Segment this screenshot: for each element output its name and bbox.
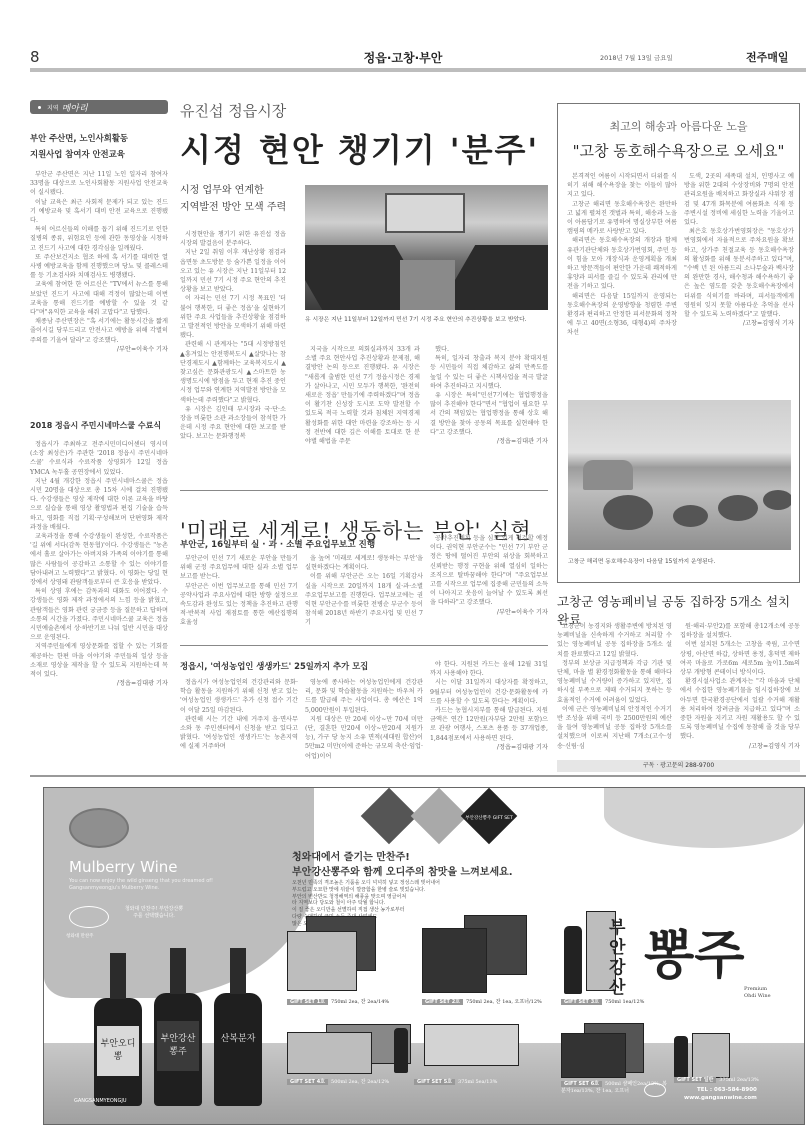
paragraph: 고창군 해리면 동호해수욕장은 완만하고 넓게 펼쳐진 갯벌과 특히, 해송과 … [567,200,677,237]
article-body: 원·해리·부안2)를 포함해 총12개소에 공동 집하장을 설치했다. 이번 설… [680,622,800,751]
premium-line: Premium [744,986,771,993]
paragraph: 야 한다. 지원된 카드는 올해 12월 31일까지 사용해야 한다. [430,660,548,678]
bottle-neck [230,948,246,994]
brand-side-text: 부안강산 [609,918,633,998]
premium-label: Premium Ohdi Wine [744,986,771,1000]
article-headline: 정읍시, '여성농업인 생생카드' 25일까지 추가 모집 [180,660,368,672]
article-body: 했다. 특히, 일자리 창출과 복지 분야 확대지원 등 시민들이 직접 체감하… [430,345,548,446]
paragraph: 이 자리는 민선 7기 시정 목표인 '더불어 행복한, 더 좋은 정읍'을 실… [180,294,286,340]
ad-leaf-decoration [604,788,804,848]
paragraph: 부안군은 이번 업무보고를 통해 민선 7기 공약사업과 주요사업에 대한 방향… [180,582,298,628]
bottle-label-text: 부안강산뽕주 [158,1031,198,1057]
tag-name: 메아리 [62,101,88,114]
paragraph: 해리면은 다음달 15일까지 운영되는 동호해수욕장의 운영방향을 청렴한 주변… [567,292,677,338]
paragraph: 관련해 시는 기간 내에 거주지 읍·면사무소와 동 주민센터에서 신청을 받고… [180,715,298,752]
bullet-icon [38,106,41,109]
divider [180,490,548,491]
meeting-photo [305,185,548,310]
paragraph: 이에 군은 영농폐비닐의 안정적인 수거기반 조성을 위해 국비 등 2500만… [557,705,672,751]
paragraph: 지역주민들에게 영상문화를 접할 수 있는 기회를 제공하는 한편 마을 이야기… [30,642,168,679]
subhead-line: 시정 업무와 연계한 [180,182,290,199]
premium-line: Ohdi Wine [744,993,771,1000]
article-body: 지국을 시작으로 의회실과까지 33개 과소별 주요 현안사업 추진상황과 문제… [305,345,420,446]
gift-set-box [561,1033,626,1078]
byline: /고창=김영식 기자 [680,742,800,751]
paragraph: 지난 4월 개강한 정읍시 주민시네마스쿨은 정읍시민 20명을 대상으로 총 … [30,477,168,532]
bottle-label-text: 산복분자 [218,1031,258,1044]
paragraph: 영농에 종사하는 여성농업인에게 건강관리, 문화 및 학습활동을 지원하는 바… [305,678,423,715]
header-rule [30,68,806,72]
gift-tag: GIFT SET 일반 [674,1077,716,1083]
ad-title: Mulberry Wine [69,858,178,876]
article-headline: 부안 주산면, 노인사회활동 지원사업 참여자 안전교육 [30,130,170,162]
gift-spec: 750ml 2ea, 잔 1ea, 오프너/12% [466,999,542,1005]
article-headline: "고창 동호해수욕장으로 오세요" [557,140,800,161]
article-body: 영농에 종사하는 여성농업인에게 건강관리, 문화 및 학습활동을 지원하는 바… [305,678,423,761]
byline: /정읍=김대광 기자 [430,743,548,752]
paragraph: 지국을 시작으로 의회실과까지 33개 과소별 주요 현안사업 추진상황과 문제… [305,345,420,446]
gift-set-label: GIFT SET 3호750ml 1ea/12% [561,998,644,1005]
paragraph: 지난 2일 취임 이후 재난상황 점검과 읍면동 초도방문 등 숨가쁜 일정을 … [180,248,286,294]
mulberry-diamond-image [361,788,418,845]
paragraph: 도색, 2곳의 세족대 설치, 인명사고 예방을 위한 2대의 수상장비와 7명… [684,172,794,227]
paragraph: 교육에 참여한 한 어르신은 "TV에서 뉴스를 통해 보았던 진드기 사고에 … [30,280,168,317]
byline: /부안=이육수 기자 [430,608,548,617]
paragraph: 부안군 주산면은 지난 11일 노인 일자리 참여자 33명을 대상으로 노인사… [30,170,168,198]
subhead-line: 지역발전 방안 모색 주력 [180,199,290,216]
paragraph: 특히 어르신들의 이해를 돕기 위해 진드기로 인한 질병의 종류, 위험요인 … [30,225,168,253]
gift-set-label: GIFT SET 5호375ml 5ea/13% [414,1078,497,1085]
beach-photo [568,400,791,550]
wine-bottle: 산복분자 [214,993,262,1106]
page-number: 8 [30,48,40,66]
paragraph: 해리면은 동호해수욕장의 개장과 함께 유관기관단체와 동호상가번영회, 주민 … [567,236,677,291]
gift-set-box [287,1032,372,1074]
website-link[interactable]: www.gangsanwine.com [684,1094,757,1102]
paragraph: 관련해 시 관계자는 "5대 시정방침인 ▲흥겨있는 안전행복도시 ▲살맛나는 … [180,340,286,404]
photo-board [385,193,465,233]
photo-caption: 고창군 해리면 동호해수욕장이 다음달 15일까지 운영된다. [568,556,791,565]
article-kicker: 유진섭 정읍시장 [180,100,286,121]
article-body: 부안군 주산면은 지난 11일 노인 일자리 참여자 33명을 대상으로 노인사… [30,170,168,354]
subtitle-line: You can now enjoy the wild ginseng that … [69,878,269,885]
paragraph: 유 시장은 특히"민선7기에는 협업행정을 많이 추진해야 한다"면서 "협업이… [430,391,548,437]
gift-set-box [394,1028,408,1073]
wine-bottle: 부안오디뽕 [94,998,142,1106]
gift-set-label: GIFT SET 일반375ml 2ea/13% [674,1076,759,1083]
issue-date: 2018년 7월 13일 금요일 [600,53,673,62]
article-body: 도색, 2곳의 세족대 설치, 인명사고 예방을 위한 2대의 수상장비와 7명… [684,172,794,328]
gift-set-diamond-label: 부안강산뽕주 GIFT SET [464,815,514,821]
byline: /정읍=김대관 기자 [430,437,548,446]
telephone: TEL : 063-584-8900 [684,1086,757,1094]
gift-tag: GIFT SET 3호 [561,999,602,1005]
paragraph: 교육과정을 통해 수강생들이 완성한, 수료작품은 '길 위에 서다(감독 현동… [30,532,168,587]
paragraph: 시는 이달 31일까지 대상자를 확정하고, 9월부터 여성농업인이 건강·문화… [430,678,548,706]
paragraph: 또 주산보건지소 협조 하에 혹 서기를 대비한 열사병 예방교육을 함께 진행… [30,253,168,281]
article-subhead: 시정 업무와 연계한 지역발전 방안 모색 주력 [180,182,290,216]
gift-set-label: GIFT SET 2호750ml 2ea, 잔 1ea, 오프너/12% [422,998,542,1005]
body-line: 부드럽고 오묘한 맛에 뒤끝이 깔끔함을 한병 술로 빚었습니다. [292,887,502,894]
flower-pot [718,495,758,521]
paragraph: 공약추진계획 등을 심도 있게 점검할 예정이다. 권익현 부안군수는 "민선 … [430,534,548,608]
section-tag: 지역 메아리 [30,100,168,114]
paragraph: 특히 상영 후에는 감독과의 대화도 이어졌다. 수강생들은 영화 제작 과정에… [30,587,168,642]
article-body: 시정현안을 챙기기 위한 유진섭 정읍시장의 발걸음이 분주하다. 지난 2일 … [180,230,286,442]
article-body: 야 한다. 지원된 카드는 올해 12월 31일까지 사용해야 한다. 시는 이… [430,660,548,752]
paragraph: 이날 교육은 최근 사회적 문제가 되고 있는 진드기 예방교육 및 혹서기 대… [30,198,168,226]
flower-pot [763,490,791,510]
byline: /정읍=김대광 기자 [30,679,168,688]
newspaper-name: 전주매일 [746,49,789,65]
gift-spec: 375ml 2ea/13% [719,1077,758,1083]
ad-headline: 청와대에서 즐기는 만찬주! [292,848,410,863]
bottle-neck [110,953,126,999]
gift-set-box [564,926,582,994]
paragraph: 환경시설사업소 관계자는 "각 마을과 단체에서 수집한 영농폐기물을 임시집하… [680,677,800,741]
main-headline: 시정 현안 챙기기 '분주' [180,125,539,171]
article-body: 을 높여 '미래로 세계로! 생동하는 부안'을 실현하겠다는 계획이다. 이를… [305,554,423,628]
gift-tag: GIFT SET 1호 [287,999,328,1005]
body-line: 이 질 좋은 오디만을 선별하여 직접 생산 농가로부터 [292,907,502,914]
paragraph: 특히, 일자리 창출과 복지 분야 확대지원 등 시민들이 직접 체감하고 삶의… [430,354,548,391]
headline-line: 지원사업 참여자 안전교육 [30,146,170,162]
paragraph: 정읍시가 주최하고 전주시민미디어센터 영시미(소장 최성은)가 주관한 '20… [30,440,168,477]
paragraph: 했다. [430,345,548,354]
article-body: 정읍시가 여성농업인의 건강관리와 문화·학습 활동을 지원하기 위해 신청 받… [180,678,298,752]
gift-tag: GIFT SET 4호 [287,1079,328,1085]
company-logo-icon [644,1083,666,1097]
gift-set-box [424,1024,519,1066]
photo-caption: 유 시장은 지난 11일부터 12일까지 민선 7기 시정 주요 현안의 추진상… [305,316,548,325]
article-body: 공약추진계획 등을 심도 있게 점검할 예정이다. 권익현 부안군수는 "민선 … [430,534,548,617]
brand-footer: GANGSANMYEONGJU [74,1098,127,1104]
paragraph: 원·해리·부안2)를 포함해 총12개소에 공동 집하장을 설치했다. [680,622,800,640]
article-body: 고창군이 농경지와 생활주변에 방치된 영농폐비닐을 신속하게 수거하고 처리할… [557,622,672,751]
brand-logotype: 뽕주 [644,913,744,988]
byline: /부안=이육수 기자 [30,345,168,354]
paragraph: 을 높여 '미래로 세계로! 생동하는 부안'을 실현하겠다는 계획이다. [305,554,423,572]
subscribe-bar: 구독 · 광고문의 288-9700 [557,760,800,772]
gift-spec: 750ml 2ea, 잔 2ea/14% [331,999,389,1005]
bottle-label-text: 부안오디뽕 [98,1036,138,1062]
flower-pot [603,495,653,530]
gift-tag: GIFT SET 5호 [414,1079,455,1085]
paragraph: 최은호 동호상가번영회장은 "동호상가번영회에서 자율적으로 주차요원을 확보하… [684,227,794,319]
flower-pot [673,505,708,527]
headline-line: 부안 주산면, 노인사회활동 [30,130,170,146]
gift-spec: 750ml 1ea/12% [605,999,644,1005]
gift-set-box [692,1033,730,1078]
article-body: 정읍시가 주최하고 전주시민미디어센터 영시미(소장 최성은)가 주관한 '20… [30,440,168,688]
gift-spec: 375ml 5ea/13% [458,1079,497,1085]
gift-spec: 500ml 2ea, 잔 2ea/12% [331,1079,389,1085]
paragraph: 부안군이 민선 7기 새로운 부안을 만들기 위해 군정 주요업무에 대한 실과… [180,554,298,582]
gift-set-box [287,931,357,991]
fruit-diamond-image [411,788,468,845]
paragraph: 본격적인 여름이 시작되면서 더위를 식히기 위해 해수욕장을 찾는 이들이 많… [567,172,677,200]
gift-tag: GIFT SET 6호 [561,1081,602,1087]
paragraph: 정읍시가 여성농업인의 건강관리와 문화·학습 활동을 지원하기 위해 신청 받… [180,678,298,715]
paragraph: 이번 설치된 5개소는 고창읍 죽림, 고수면 상평, 아산면 하갑, 상하면 … [680,640,800,677]
paragraph: 정부의 보상금 지급정책과 각급 기관 및 단체, 마을 별 환경정화활동을 통… [557,659,672,705]
contact-info: TEL : 063-584-8900 www.gangsanwine.com [684,1086,757,1102]
gift-tag: GIFT SET 2호 [422,999,463,1005]
ad-badge-text: 청와대 만찬주! 부안강산뽕주를 선택했습니다. [124,906,184,920]
article-kicker: 최고의 해송과 아름다운 노을 [557,118,800,134]
paragraph: 채종남 주산면장은 "혹 서기에는 활동시간을 짧게 줄이시길 당부드리고 안전… [30,317,168,345]
paragraph: 지원 대상은 만 20세 이상~만 70세 미만(단, 결혼한 만20세 이상~… [305,715,423,761]
article-body: 본격적인 여름이 시작되면서 더위를 식히기 위해 해수욕장을 찾는 이들이 많… [567,172,677,338]
byline: /고창=김영식 기자 [684,319,794,328]
body-line: 오천년 민족의 격조높은 기품을 오디 넉넉히 넣고 정성스레 빚어내어 [292,880,502,887]
divider [180,645,548,646]
paragraph: 카드는 농협시지부를 통해 발급된다. 지원 금액은 연간 12만원(자부담 2… [430,706,548,743]
paragraph: 이를 위해 부안군은 오는 16일 기획감사실을 시작으로 20일까지 18개 … [305,572,423,627]
ad-subtitle: You can now enjoy the wild ginseng that … [69,878,269,892]
gift-set-label: GIFT SET 4호500ml 2ea, 잔 2ea/12% [287,1078,389,1085]
beach-sign-stone [583,460,633,490]
bottle-neck [170,948,186,994]
gift-set-box [674,1036,688,1078]
paragraph: 유 시장은 김인태 부시장과 국·단·소장을 비롯한 소관 과소장들이 참석한 … [180,405,286,442]
paragraph: 고창군이 농경지와 생활주변에 방치된 영농폐비닐을 신속하게 수거하고 처리할… [557,622,672,659]
ad-headline: 부안강산뽕주와 함께 오디주의 참맛을 느껴보세요. [292,863,513,878]
wine-advertisement: Mulberry Wine You can now enjoy the wild… [43,787,805,1125]
emblem-label: 청와대 만찬주 [66,933,94,939]
paragraph: 시정현안을 챙기기 위한 유진섭 정읍시장의 발걸음이 분주하다. [180,230,286,248]
divider [30,775,806,777]
brand-logo-icon [69,808,129,848]
blue-house-emblem-icon [69,906,109,928]
article-headline: 2018 정읍시 주민시네마스쿨 수료식 [30,420,170,431]
tag-prefix: 지역 [47,103,59,112]
gift-set-box [422,928,487,993]
article-body: 부안군이 민선 7기 새로운 부안을 만들기 위해 군정 주요업무에 대한 실과… [180,554,298,628]
article-subhead: 부안군, 16일부터 실 · 과 · 소별 주요업무보고 진행 [180,538,375,550]
wine-bottle: 부안강산뽕주 [154,993,202,1106]
subtitle-line: Gangsanmyeongju's Mulberry Wine. [69,885,269,892]
section-title: 정읍·고창·부안 [290,49,516,66]
photo-floor [400,260,455,310]
gift-set-label: GIFT SET 1호750ml 2ea, 잔 2ea/14% [287,998,389,1005]
